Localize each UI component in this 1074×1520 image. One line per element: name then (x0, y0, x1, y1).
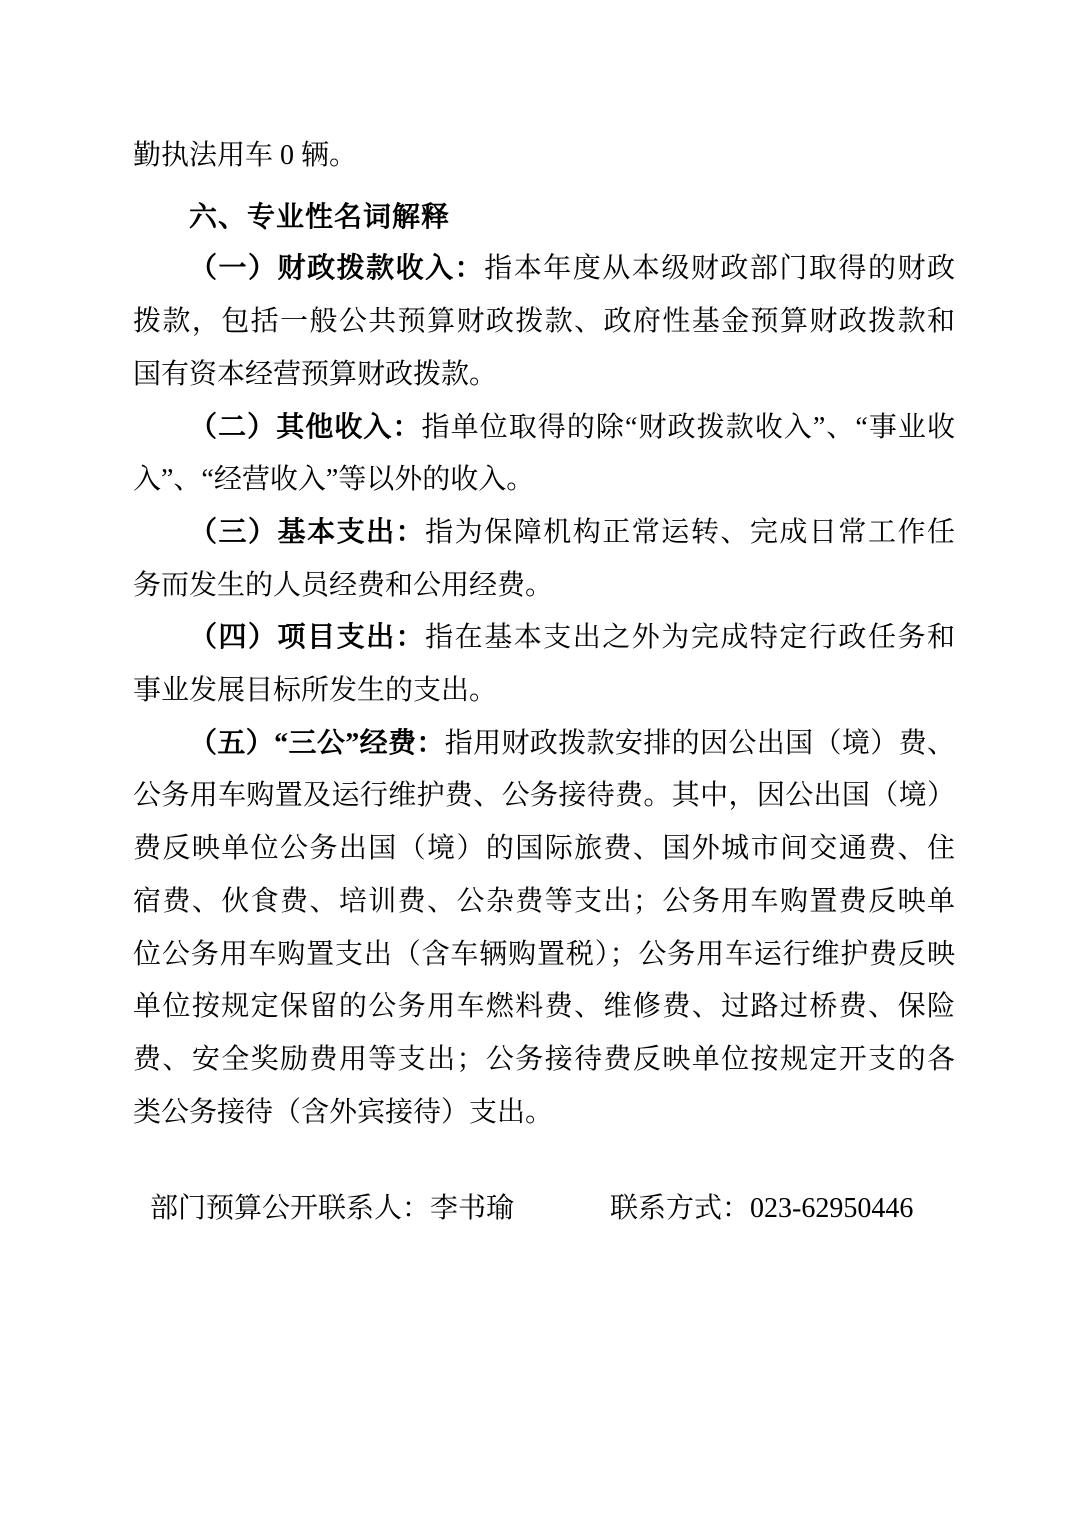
line-text: 国有资本经营预算财政拨款。 (133, 359, 497, 390)
document-line: 宿费、伙食费、培训费、公杂费等支出；公务用车购置费反映单 (133, 876, 955, 929)
contact-label: 部门预算公开联系人： (150, 1193, 430, 1224)
document-line: 位公务用车购置支出（含车辆购置税）；公务用车运行维护费反映 (133, 929, 955, 982)
document-line: 事业发展目标所发生的支出。 (133, 665, 955, 718)
line-text: 指本年度从本级财政部门取得的财政 (484, 253, 955, 284)
document-line: 公务用车购置及运行维护费、公务接待费。其中，因公出国（境） (133, 770, 955, 823)
term-definition-line: （二）其他收入：指单位取得的除“财政拨款收入”、“事业收 (133, 402, 955, 455)
line-text: 指单位取得的除“财政拨款收入”、“事业收 (422, 412, 955, 443)
document-line: 入”、“经营收入”等以外的收入。 (133, 454, 955, 507)
document-page: 勤执法用车 0 辆。六、专业性名词解释（一）财政拨款收入：指本年度从本级财政部门… (0, 0, 1074, 1520)
contact-phone: 联系方式：023-62950446 (610, 1193, 913, 1224)
line-text: 勤执法用车 0 辆。 (133, 140, 357, 171)
document-body: 勤执法用车 0 辆。六、专业性名词解释（一）财政拨款收入：指本年度从本级财政部门… (133, 130, 955, 1139)
footer-contact-line: 部门预算公开联系人：李书瑜联系方式：023-62950446 (133, 1183, 955, 1236)
document-line: 类公务接待（含外宾接待）支出。 (133, 1087, 955, 1140)
line-text: 单位按规定保留的公务用车燃料费、维修费、过路过桥费、保险 (133, 991, 955, 1022)
term-definition-line: （四）项目支出：指在基本支出之外为完成特定行政任务和 (133, 612, 955, 665)
line-text: 指在基本支出之外为完成特定行政任务和 (425, 622, 955, 653)
document-line: 单位按规定保留的公务用车燃料费、维修费、过路过桥费、保险 (133, 981, 955, 1034)
line-text: 公务用车购置及运行维护费、公务接待费。其中，因公出国（境） (133, 780, 955, 811)
line-text: 位公务用车购置支出（含车辆购置税）；公务用车运行维护费反映 (133, 939, 955, 970)
line-text: 指用财政拨款安排的因公出国（境）费、 (445, 728, 955, 759)
line-text: 类公务接待（含外宾接待）支出。 (133, 1097, 553, 1128)
contact-name: 李书瑜 (430, 1193, 514, 1224)
contact-person: 部门预算公开联系人：李书瑜 (150, 1193, 514, 1224)
term-definition-line: （三）基本支出：指为保障机构正常运转、完成日常工作任 (133, 507, 955, 560)
line-text: 拨款，包括一般公共预算财政拨款、政府性基金预算财政拨款和 (133, 306, 955, 337)
section-heading: 六、专业性名词解释 (133, 191, 955, 244)
term-label: （一）财政拨款收入： (189, 253, 484, 284)
line-text: 务而发生的人员经费和公用经费。 (133, 570, 553, 601)
line-text: 费、安全奖励费用等支出；公务接待费反映单位按规定开支的各 (133, 1044, 955, 1075)
line-text: 事业发展目标所发生的支出。 (133, 675, 497, 706)
document-content: 勤执法用车 0 辆。六、专业性名词解释（一）财政拨款收入：指本年度从本级财政部门… (133, 130, 955, 1236)
term-label: （三）基本支出： (189, 517, 425, 548)
term-label: （二）其他收入： (189, 412, 422, 443)
document-line: 拨款，包括一般公共预算财政拨款、政府性基金预算财政拨款和 (133, 296, 955, 349)
term-label: （五）“三公”经费： (189, 728, 445, 759)
line-text: 费反映单位公务出国（境）的国际旅费、国外城市间交通费、住 (133, 833, 955, 864)
document-line: 国有资本经营预算财政拨款。 (133, 349, 955, 402)
phone-label: 联系方式： (610, 1193, 750, 1224)
phone-number: 023-62950446 (750, 1193, 913, 1224)
document-line: 费、安全奖励费用等支出；公务接待费反映单位按规定开支的各 (133, 1034, 955, 1087)
term-definition-line: （五）“三公”经费：指用财政拨款安排的因公出国（境）费、 (133, 718, 955, 771)
line-text: 指为保障机构正常运转、完成日常工作任 (425, 517, 955, 548)
line-text: 入”、“经营收入”等以外的收入。 (133, 464, 534, 495)
term-definition-line: （一）财政拨款收入：指本年度从本级财政部门取得的财政 (133, 243, 955, 296)
term-label: （四）项目支出： (189, 622, 425, 653)
document-line: 务而发生的人员经费和公用经费。 (133, 560, 955, 613)
document-line: 费反映单位公务出国（境）的国际旅费、国外城市间交通费、住 (133, 823, 955, 876)
paragraph-continuation-line: 勤执法用车 0 辆。 (133, 130, 955, 183)
line-text: 六、专业性名词解释 (189, 201, 450, 232)
line-text: 宿费、伙食费、培训费、公杂费等支出；公务用车购置费反映单 (133, 886, 955, 917)
